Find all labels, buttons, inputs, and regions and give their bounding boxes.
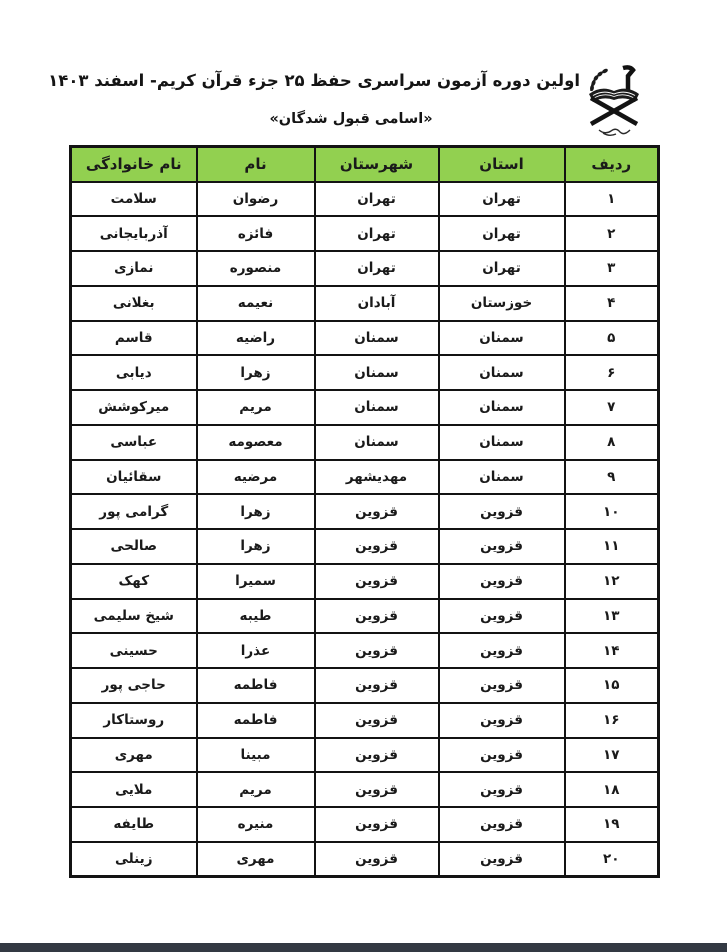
last-name-cell: گرامی پور [71, 494, 197, 529]
first-name-cell: منصوره [197, 251, 315, 286]
first-name-cell: مبینا [197, 738, 315, 773]
province-cell: سمنان [439, 425, 565, 460]
row-number-cell: ۱۳ [565, 599, 659, 634]
province-cell: سمنان [439, 355, 565, 390]
first-name-cell: مهری [197, 842, 315, 877]
last-name-cell: زینلی [71, 842, 197, 877]
wheat-sprig-icon [590, 68, 608, 91]
province-cell: قزوین [439, 633, 565, 668]
header-last-name: نام خانوادگی [71, 147, 197, 182]
province-cell: سمنان [439, 460, 565, 495]
first-name-cell: معصومه [197, 425, 315, 460]
province-cell: قزوین [439, 842, 565, 877]
first-name-cell: سمیرا [197, 564, 315, 599]
county-cell: قزوین [315, 807, 439, 842]
last-name-cell: بغلانی [71, 286, 197, 321]
table-row: ۱۸قزوینقزوینمریمملایی [71, 772, 659, 807]
table-row: ۱۷قزوینقزوینمبینامهری [71, 738, 659, 773]
first-name-cell: فاطمه [197, 703, 315, 738]
row-number-cell: ۹ [565, 460, 659, 495]
row-number-cell: ۱۱ [565, 529, 659, 564]
first-name-cell: فاطمه [197, 668, 315, 703]
province-cell: تهران [439, 216, 565, 251]
last-name-cell: سلامت [71, 182, 197, 217]
province-cell: سمنان [439, 321, 565, 356]
county-cell: مهدیشهر [315, 460, 439, 495]
row-number-cell: ۲ [565, 216, 659, 251]
last-name-cell: طایفه [71, 807, 197, 842]
county-cell: آبادان [315, 286, 439, 321]
last-name-cell: آذربایجانی [71, 216, 197, 251]
table-row: ۱۳قزوینقزوینطیبهشیخ سلیمی [71, 599, 659, 634]
row-number-cell: ۱۰ [565, 494, 659, 529]
first-name-cell: عذرا [197, 633, 315, 668]
last-name-cell: میرکوشش [71, 390, 197, 425]
first-name-cell: رضوان [197, 182, 315, 217]
quran-emblem-logo [583, 64, 645, 138]
last-name-cell: عباسی [71, 425, 197, 460]
last-name-cell: دیابی [71, 355, 197, 390]
province-cell: قزوین [439, 529, 565, 564]
row-number-cell: ۳ [565, 251, 659, 286]
first-name-cell: زهرا [197, 529, 315, 564]
table-row: ۱۱قزوینقزوینزهراصالحی [71, 529, 659, 564]
last-name-cell: حاجی پور [71, 668, 197, 703]
first-name-cell: طیبه [197, 599, 315, 634]
page-bottom-edge [0, 943, 727, 952]
province-cell: قزوین [439, 494, 565, 529]
table-row: ۱۲قزوینقزوینسمیراکهک [71, 564, 659, 599]
county-cell: قزوین [315, 599, 439, 634]
county-cell: قزوین [315, 842, 439, 877]
county-cell: قزوین [315, 633, 439, 668]
row-number-cell: ۱۲ [565, 564, 659, 599]
county-cell: قزوین [315, 529, 439, 564]
last-name-cell: قاسم [71, 321, 197, 356]
first-name-cell: فائزه [197, 216, 315, 251]
accepted-candidates-table: ردیف استان شهرستان نام نام خانوادگی ۱تهر… [69, 145, 660, 878]
row-number-cell: ۸ [565, 425, 659, 460]
row-number-cell: ۱۵ [565, 668, 659, 703]
last-name-cell: کهک [71, 564, 197, 599]
province-cell: خوزستان [439, 286, 565, 321]
table-header: ردیف استان شهرستان نام نام خانوادگی [71, 147, 659, 182]
province-cell: قزوین [439, 564, 565, 599]
province-cell: قزوین [439, 703, 565, 738]
row-number-cell: ۱۷ [565, 738, 659, 773]
header-county: شهرستان [315, 147, 439, 182]
last-name-cell: شیخ سلیمی [71, 599, 197, 634]
table-row: ۱۴قزوینقزوینعذراحسینی [71, 633, 659, 668]
province-cell: قزوین [439, 772, 565, 807]
document-page: اولین دوره آزمون سراسری حفظ ۲۵ جزء قرآن … [0, 0, 727, 952]
province-cell: قزوین [439, 807, 565, 842]
first-name-cell: مرضیه [197, 460, 315, 495]
first-name-cell: زهرا [197, 494, 315, 529]
province-cell: تهران [439, 251, 565, 286]
first-name-cell: مریم [197, 390, 315, 425]
province-cell: قزوین [439, 738, 565, 773]
first-name-cell: نعیمه [197, 286, 315, 321]
table-row: ۷سمنانسمنانمریممیرکوشش [71, 390, 659, 425]
county-cell: سمنان [315, 390, 439, 425]
county-cell: تهران [315, 216, 439, 251]
table-row: ۱تهرانتهرانرضوانسلامت [71, 182, 659, 217]
county-cell: قزوین [315, 772, 439, 807]
last-name-cell: صالحی [71, 529, 197, 564]
table-row: ۲۰قزوینقزوینمهریزینلی [71, 842, 659, 877]
rahl-stand-icon [591, 98, 637, 124]
header-province: استان [439, 147, 565, 182]
county-cell: قزوین [315, 668, 439, 703]
table-row: ۵سمنانسمنانراضیهقاسم [71, 321, 659, 356]
last-name-cell: مهری [71, 738, 197, 773]
county-cell: سمنان [315, 425, 439, 460]
first-name-cell: مریم [197, 772, 315, 807]
row-number-cell: ۶ [565, 355, 659, 390]
province-cell: سمنان [439, 390, 565, 425]
results-table-body: ۱تهرانتهرانرضوانسلامت۲تهرانتهرانفائزهآذر… [71, 182, 659, 877]
table-row: ۶سمنانسمنانزهرادیابی [71, 355, 659, 390]
row-number-cell: ۲۰ [565, 842, 659, 877]
row-number-cell: ۱ [565, 182, 659, 217]
last-name-cell: ملایی [71, 772, 197, 807]
county-cell: قزوین [315, 703, 439, 738]
county-cell: قزوین [315, 494, 439, 529]
table-row: ۱۰قزوینقزوینزهراگرامی پور [71, 494, 659, 529]
last-name-cell: سقائیان [71, 460, 197, 495]
county-cell: تهران [315, 182, 439, 217]
table-row: ۴خوزستانآباداننعیمهبغلانی [71, 286, 659, 321]
table-row: ۲تهرانتهرانفائزهآذربایجانی [71, 216, 659, 251]
first-name-cell: راضیه [197, 321, 315, 356]
province-cell: قزوین [439, 599, 565, 634]
last-name-cell: نمازی [71, 251, 197, 286]
county-cell: قزوین [315, 738, 439, 773]
first-name-cell: زهرا [197, 355, 315, 390]
province-cell: قزوین [439, 668, 565, 703]
row-number-cell: ۴ [565, 286, 659, 321]
county-cell: قزوین [315, 564, 439, 599]
row-number-cell: ۱۴ [565, 633, 659, 668]
row-number-cell: ۱۶ [565, 703, 659, 738]
table-row: ۳تهرانتهرانمنصورهنمازی [71, 251, 659, 286]
last-name-cell: روستاکار [71, 703, 197, 738]
county-cell: سمنان [315, 321, 439, 356]
table-row: ۹سمنانمهدیشهرمرضیهسقائیان [71, 460, 659, 495]
last-name-cell: حسینی [71, 633, 197, 668]
row-number-cell: ۱۹ [565, 807, 659, 842]
table-row: ۸سمنانسمنانمعصومهعباسی [71, 425, 659, 460]
province-cell: تهران [439, 182, 565, 217]
first-name-cell: منیره [197, 807, 315, 842]
table-row: ۱۹قزوینقزوینمنیرهطایفه [71, 807, 659, 842]
page-title: اولین دوره آزمون سراسری حفظ ۲۵ جزء قرآن … [90, 71, 580, 90]
county-cell: سمنان [315, 355, 439, 390]
row-number-cell: ۵ [565, 321, 659, 356]
calligraphy-signature-icon [599, 129, 630, 135]
page-subtitle: «اسامی قبول شدگان» [245, 111, 457, 127]
table-row: ۱۵قزوینقزوینفاطمهحاجی پور [71, 668, 659, 703]
header-first-name: نام [197, 147, 315, 182]
row-number-cell: ۷ [565, 390, 659, 425]
header-row-number: ردیف [565, 147, 659, 182]
county-cell: تهران [315, 251, 439, 286]
table-header-row: ردیف استان شهرستان نام نام خانوادگی [71, 147, 659, 182]
table-row: ۱۶قزوینقزوینفاطمهروستاکار [71, 703, 659, 738]
row-number-cell: ۱۸ [565, 772, 659, 807]
